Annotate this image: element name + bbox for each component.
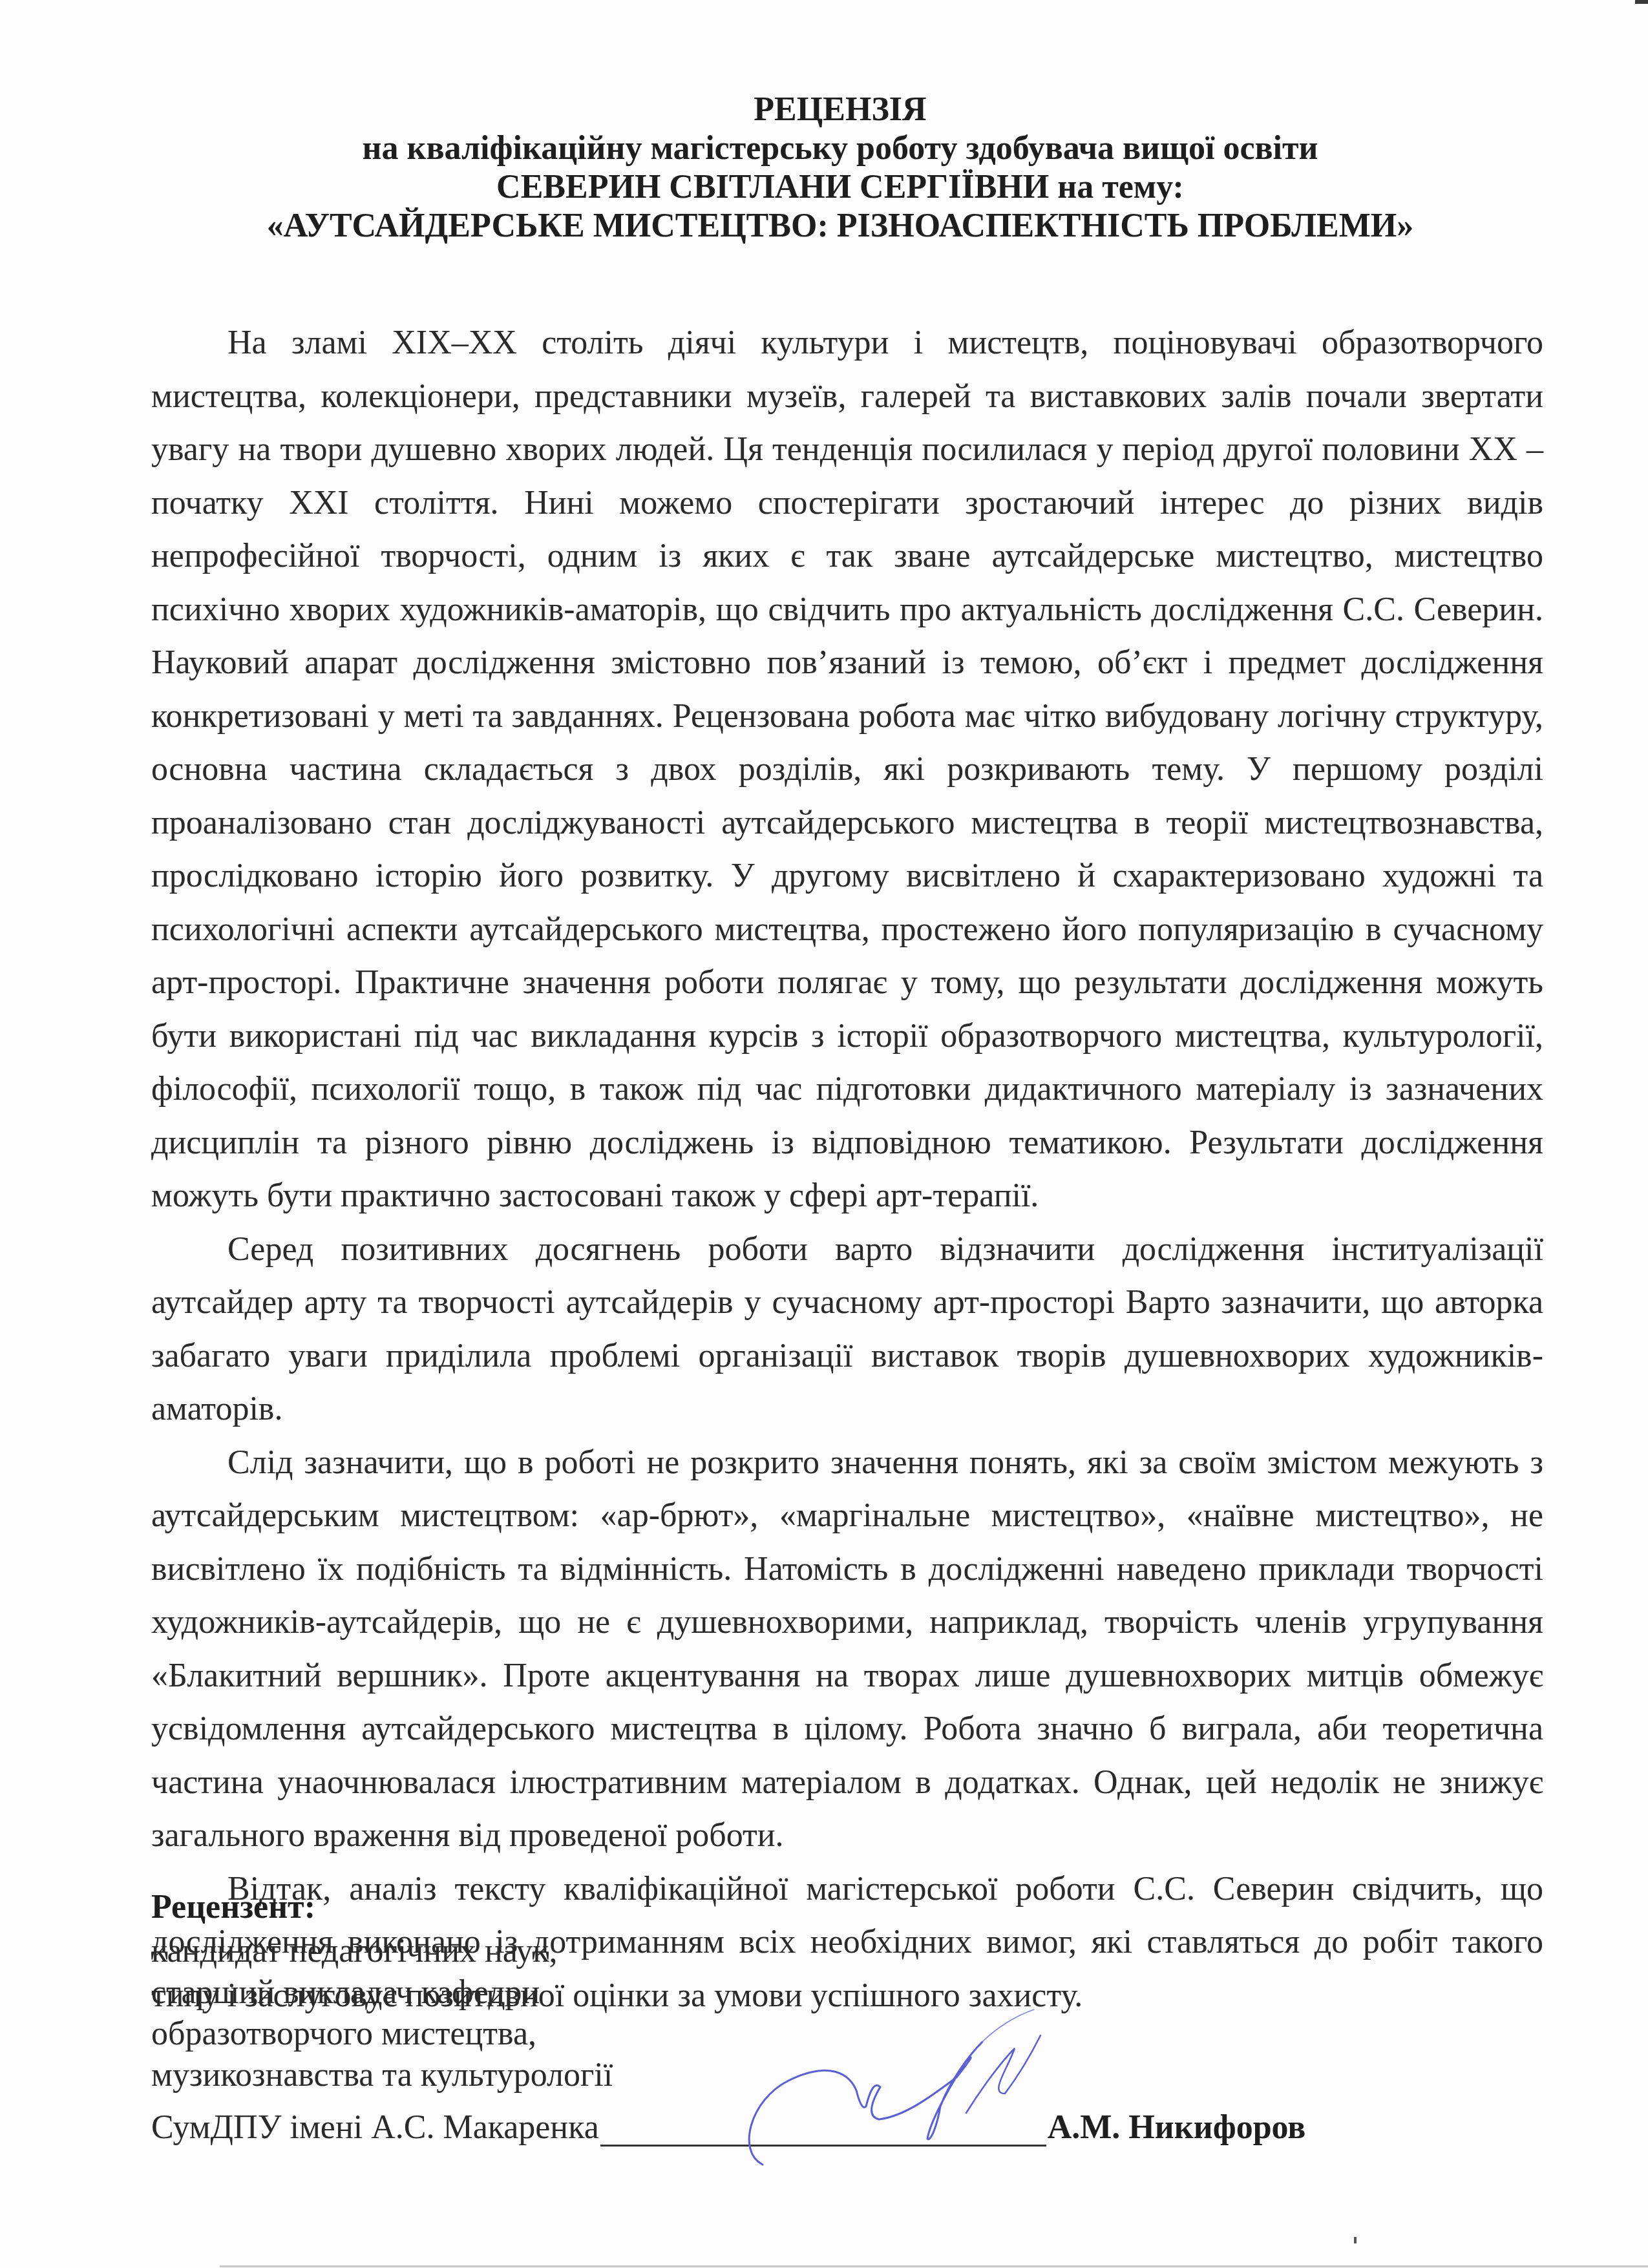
- scan-edge: [220, 2265, 1648, 2267]
- document-subtitle-2: СЕВЕРИН СВІТЛАНИ СЕРГІЇВНИ на тему:: [129, 168, 1551, 207]
- handwritten-signature: [711, 1990, 1047, 2184]
- reviewer-name: А.М. Никифоров: [1048, 2108, 1306, 2147]
- reviewer-block: Рецензент: кандидат педагогічних наук, с…: [151, 1887, 613, 2096]
- reviewer-label: Рецензент:: [151, 1887, 613, 1928]
- reviewer-position: старший викладач кафедри: [151, 1972, 613, 2013]
- review-body: На зламі XIX–XX століть діячі культури і…: [151, 317, 1543, 2022]
- reviewer-department-1: образотворчого мистецтва,: [151, 2013, 613, 2055]
- paragraph: Серед позитивних досягнень роботи варто …: [151, 1223, 1543, 1436]
- reviewer-credential: кандидат педагогічних наук,: [151, 1931, 613, 1972]
- document-header: РЕЦЕНЗІЯ на кваліфікаційну магістерську …: [129, 90, 1551, 246]
- document-title: РЕЦЕНЗІЯ: [129, 90, 1551, 129]
- paragraph: На зламі XIX–XX століть діячі культури і…: [151, 317, 1543, 1223]
- document-subtitle-3: «АУТСАЙДЕРСЬКЕ МИСТЕЦТВО: РІЗНОАСПЕКТНІС…: [129, 207, 1551, 246]
- scan-artifact: [1635, 0, 1648, 4]
- reviewer-institution: СумДПУ імені А.С. Макаренка: [151, 2108, 599, 2147]
- reviewer-department-2: музикознавства та культурології: [151, 2055, 613, 2096]
- document-page: РЕЦЕНЗІЯ на кваліфікаційну магістерську …: [0, 0, 1648, 2268]
- scan-speck: [1354, 2237, 1357, 2243]
- paragraph: Слід зазначити, що в роботі не розкрито …: [151, 1436, 1543, 1863]
- document-subtitle-1: на кваліфікаційну магістерську роботу зд…: [129, 129, 1551, 168]
